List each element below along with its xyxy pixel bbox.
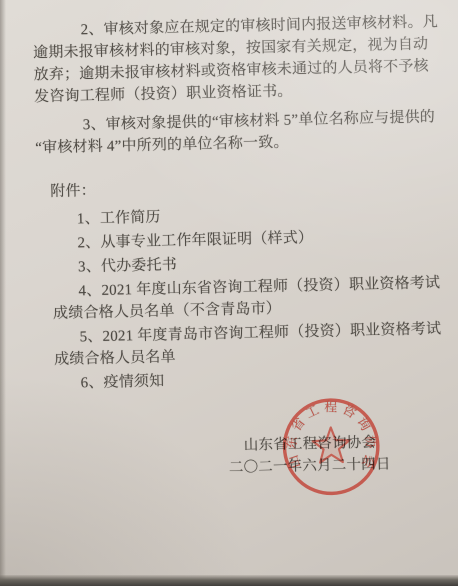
paragraph-unit-name-consistency: 3、审核对象提供的“审核材料 5”单位名称应与提供的 “审核材料 4”中所列的单… [35, 106, 448, 159]
seal-star-icon [312, 427, 350, 463]
paper-sheet: 2、审核对象应在规定的审核时间内报送审核材料。凡 逾期未报审核材料的审核对象，按… [0, 0, 458, 586]
attachment-item-4: 4、2021 年度山东省咨询工程师（投资）职业资格考试 成绩合格人员名单（不含青… [52, 272, 451, 325]
attachments-list: 1、工作简历 2、从事专业工作年限证明（样式） 3、代办委托书 4、2021 年… [37, 200, 453, 395]
attachment-item-5: 5、2021 年度青岛市咨询工程师（投资）职业资格考试 成绩合格人员名单 [53, 318, 452, 371]
attachments-heading: 附件： [50, 172, 448, 203]
photo-bottom-edge [0, 575, 458, 586]
signature-block: 山东省工程咨询协会 二〇二一年六月二十四日 [42, 430, 455, 483]
official-seal-stamp: 山东省工程咨询协会 [271, 386, 392, 507]
document-photo: 2、审核对象应在规定的审核时间内报送审核材料。凡 逾期未报审核材料的审核对象，按… [0, 0, 458, 586]
paragraph-review-materials: 2、审核对象应在规定的审核时间内报送审核材料。凡 逾期未报审核材料的审核对象，按… [32, 11, 446, 108]
photo-left-edge [0, 0, 6, 586]
